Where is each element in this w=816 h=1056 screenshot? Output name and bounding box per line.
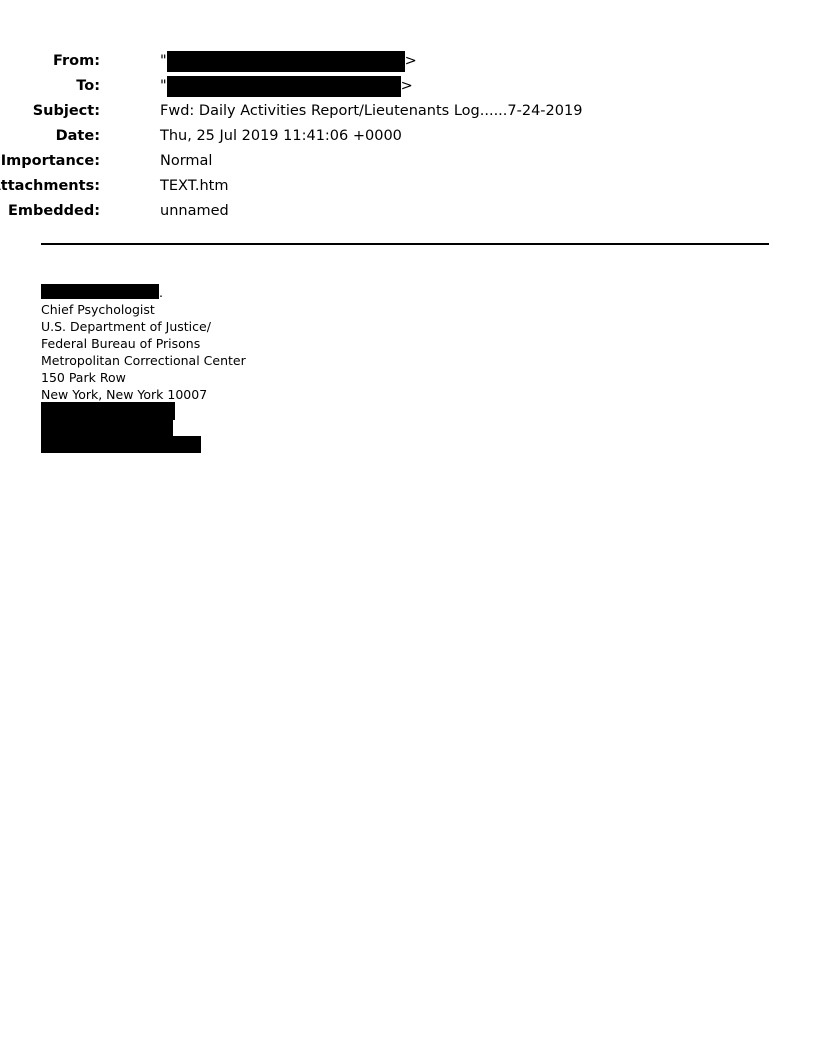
signature-line: Metropolitan Correctional Center — [41, 352, 246, 369]
to-row: To: "> — [0, 75, 760, 97]
signature-mark: . — [159, 284, 163, 301]
signature-line: U.S. Department of Justice/ — [41, 318, 211, 335]
embedded-row: Embedded: unnamed — [0, 200, 760, 222]
date-row: Date: Thu, 25 Jul 2019 11:41:06 +0000 — [0, 125, 760, 147]
redaction-block — [41, 419, 173, 437]
attachments-row: Attachments: TEXT.htm — [0, 175, 760, 197]
redaction-block — [41, 436, 201, 453]
to-bracket: > — [401, 78, 413, 94]
from-value: "> — [160, 50, 417, 72]
redaction-block — [41, 284, 159, 299]
from-label: From: — [53, 50, 100, 72]
importance-value: Normal — [160, 150, 212, 172]
from-quote: " — [160, 53, 167, 69]
signature-line: Chief Psychologist — [41, 301, 155, 318]
from-bracket: > — [405, 53, 417, 69]
signature-line: New York, New York 10007 — [41, 386, 207, 403]
attachments-label: Attachments: — [0, 175, 100, 197]
date-label: Date: — [56, 125, 100, 147]
signature-line: Federal Bureau of Prisons — [41, 335, 200, 352]
importance-label: Importance: — [1, 150, 100, 172]
from-row: From: "> — [0, 50, 760, 72]
header-divider — [41, 243, 769, 245]
attachments-value: TEXT.htm — [160, 175, 228, 197]
to-label: To: — [76, 75, 100, 97]
signature-line: 150 Park Row — [41, 369, 126, 386]
subject-label: Subject: — [33, 100, 100, 122]
embedded-label: Embedded: — [8, 200, 100, 222]
embedded-value: unnamed — [160, 200, 229, 222]
redaction-block — [167, 51, 405, 72]
importance-row: Importance: Normal — [0, 150, 760, 172]
redaction-block — [167, 76, 401, 97]
to-quote: " — [160, 78, 167, 94]
redaction-block — [41, 402, 175, 420]
subject-row: Subject: Fwd: Daily Activities Report/Li… — [0, 100, 760, 122]
date-value: Thu, 25 Jul 2019 11:41:06 +0000 — [160, 125, 402, 147]
subject-value: Fwd: Daily Activities Report/Lieutenants… — [160, 100, 582, 122]
to-value: "> — [160, 75, 413, 97]
